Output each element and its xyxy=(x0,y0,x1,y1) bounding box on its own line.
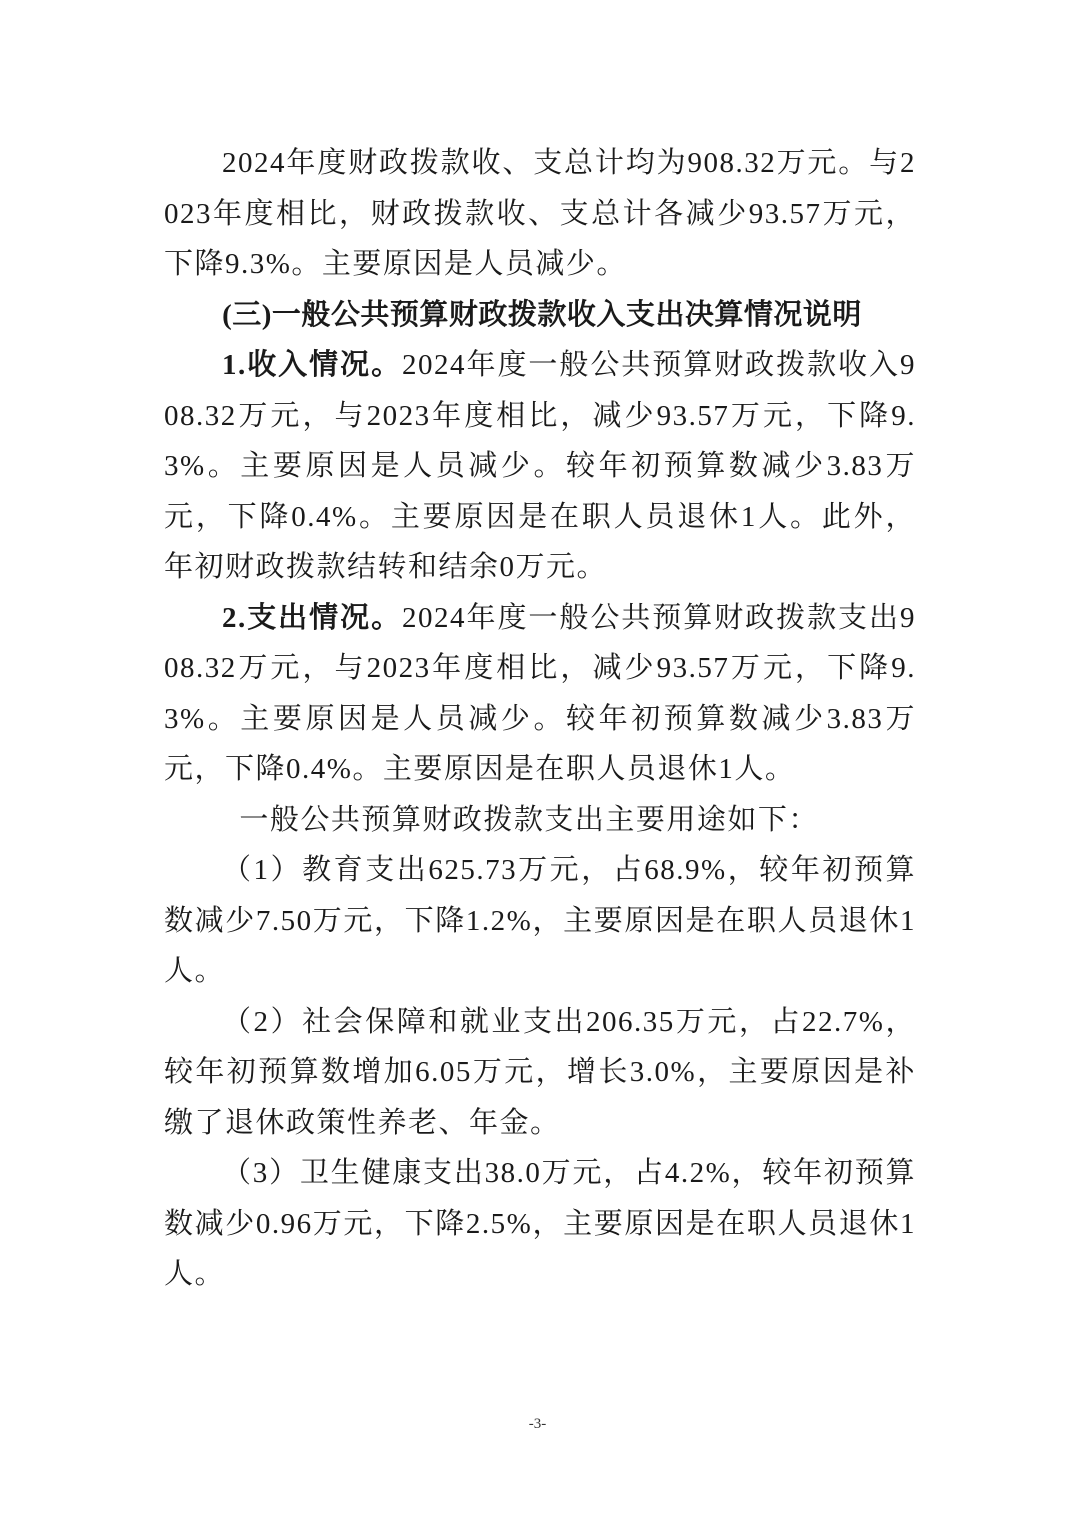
income-paragraph: 1.收入情况。2024年度一般公共预算财政拨款收入908.32万元，与2023年… xyxy=(164,340,916,593)
uses-intro-paragraph: 一般公共预算财政拨款支出主要用途如下： xyxy=(164,795,916,846)
page-number: -3- xyxy=(0,1416,1075,1433)
item-education-paragraph: （1）教育支出625.73万元，占68.9%，较年初预算数减少7.50万元，下降… xyxy=(164,845,916,997)
summary-paragraph: 2024年度财政拨款收、支总计均为908.32万元。与2023年度相比，财政拨款… xyxy=(164,138,916,290)
income-body: 2024年度一般公共预算财政拨款收入908.32万元，与2023年度相比，减少9… xyxy=(164,349,916,583)
document-page: 2024年度财政拨款收、支总计均为908.32万元。与2023年度相比，财政拨款… xyxy=(164,138,916,1300)
expense-paragraph: 2.支出情况。2024年度一般公共预算财政拨款支出908.32万元，与2023年… xyxy=(164,593,916,795)
income-lead: 1.收入情况。 xyxy=(222,349,402,381)
item-social-security-paragraph: （2）社会保障和就业支出206.35万元，占22.7%，较年初预算数增加6.05… xyxy=(164,997,916,1149)
item-health-paragraph: （3）卫生健康支出38.0万元，占4.2%，较年初预算数减少0.96万元，下降2… xyxy=(164,1148,916,1300)
expense-lead: 2.支出情况。 xyxy=(222,602,402,634)
section-heading: (三)一般公共预算财政拨款收入支出决算情况说明 xyxy=(164,290,916,341)
